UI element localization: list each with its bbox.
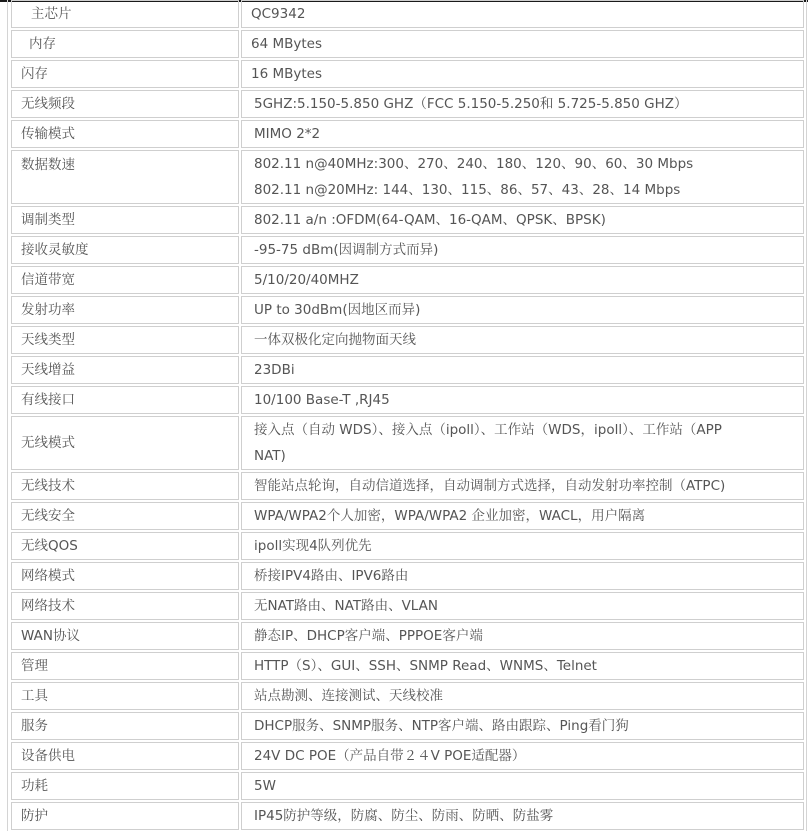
row-label: 主芯片 (11, 0, 239, 28)
row-value: 802.11 n@40MHz:300、270、240、180、120、90、60… (241, 150, 804, 204)
table-row: 功耗 5W (11, 772, 804, 800)
row-value: 站点勘测、连接测试、天线校准 (241, 682, 804, 710)
row-value: 24V DC POE（产品自带２４V POE适配器） (241, 742, 804, 770)
row-label: WAN协议 (11, 622, 239, 650)
row-value-line: 802.11 n@20MHz: 144、130、115、86、57、43、28、… (254, 177, 794, 203)
row-label: 信道带宽 (11, 266, 239, 294)
row-label: 调制类型 (11, 206, 239, 234)
table-row: 传输模式 MIMO 2*2 (11, 120, 804, 148)
row-label: 功耗 (11, 772, 239, 800)
table-row: WAN协议 静态IP、DHCP客户端、PPPOE客户端 (11, 622, 804, 650)
row-value-line: 接入点（自动 WDS）、接入点（ipoll）、工作站（WDS，ipoll）、工作… (254, 417, 794, 443)
table-row: 闪存 16 MBytes (11, 60, 804, 88)
table-row: 发射功率 UP to 30dBm(因地区而异) (11, 296, 804, 324)
row-value: 10/100 Base-T ,RJ45 (241, 386, 804, 414)
row-label: 发射功率 (11, 296, 239, 324)
row-label: 无线技术 (11, 472, 239, 500)
table-row: 无线安全 WPA/WPA2个人加密，WPA/WPA2 企业加密，WACL，用户隔… (11, 502, 804, 530)
row-value: -95-75 dBm(因调制方式而异) (241, 236, 804, 264)
row-value-line: NAT) (254, 443, 794, 469)
table-row: 有线接口 10/100 Base-T ,RJ45 (11, 386, 804, 414)
row-value: 5GHZ:5.150-5.850 GHZ（FCC 5.150-5.250和 5.… (241, 90, 804, 118)
table-row: 设备供电 24V DC POE（产品自带２４V POE适配器） (11, 742, 804, 770)
row-label: 网络技术 (11, 592, 239, 620)
row-value: IP45防护等级，防腐、防尘、防雨、防晒、防盐雾 (241, 802, 804, 830)
row-label: 闪存 (11, 60, 239, 88)
row-value: 5/10/20/40MHZ (241, 266, 804, 294)
row-value: 静态IP、DHCP客户端、PPPOE客户端 (241, 622, 804, 650)
row-label: 无线安全 (11, 502, 239, 530)
row-value: HTTP（S）、GUI、SSH、SNMP Read、WNMS、Telnet (241, 652, 804, 680)
row-value: 智能站点轮询，自动信道选择，自动调制方式选择，自动发射功率控制（ATPC) (241, 472, 804, 500)
row-value-line: 802.11 n@40MHz:300、270、240、180、120、90、60… (254, 151, 794, 177)
table-row: 网络技术 无NAT路由、NAT路由、VLAN (11, 592, 804, 620)
row-value: 无NAT路由、NAT路由、VLAN (241, 592, 804, 620)
row-value: 接入点（自动 WDS）、接入点（ipoll）、工作站（WDS，ipoll）、工作… (241, 416, 804, 470)
row-label: 接收灵敏度 (11, 236, 239, 264)
row-label: 服务 (11, 712, 239, 740)
table-row: 无线模式 接入点（自动 WDS）、接入点（ipoll）、工作站（WDS，ipol… (11, 416, 804, 470)
row-value: 802.11 a/n :OFDM(64-QAM、16-QAM、QPSK、BPSK… (241, 206, 804, 234)
table-row: 服务 DHCP服务、SNMP服务、NTP客户端、路由跟踪、Ping看门狗 (11, 712, 804, 740)
table-row: 天线类型 一体双极化定向抛物面天线 (11, 326, 804, 354)
table-row: 接收灵敏度 -95-75 dBm(因调制方式而异) (11, 236, 804, 264)
row-label: 防护 (11, 802, 239, 830)
row-label: 天线类型 (11, 326, 239, 354)
row-value: QC9342 (241, 0, 804, 28)
table-row: 管理 HTTP（S）、GUI、SSH、SNMP Read、WNMS、Telnet (11, 652, 804, 680)
row-value: 一体双极化定向抛物面天线 (241, 326, 804, 354)
row-label: 工具 (11, 682, 239, 710)
table-row: 工具 站点勘测、连接测试、天线校准 (11, 682, 804, 710)
table-row: 主芯片 QC9342 (11, 0, 804, 28)
table-row: 无线频段 5GHZ:5.150-5.850 GHZ（FCC 5.150-5.25… (11, 90, 804, 118)
table-row: 调制类型 802.11 a/n :OFDM(64-QAM、16-QAM、QPSK… (11, 206, 804, 234)
row-label: 无线频段 (11, 90, 239, 118)
table-row: 信道带宽 5/10/20/40MHZ (11, 266, 804, 294)
row-value: DHCP服务、SNMP服务、NTP客户端、路由跟踪、Ping看门狗 (241, 712, 804, 740)
row-value: 23DBi (241, 356, 804, 384)
row-value: 16 MBytes (241, 60, 804, 88)
table-row: 防护 IP45防护等级，防腐、防尘、防雨、防晒、防盐雾 (11, 802, 804, 830)
table-row: 网络模式 桥接IPV4路由、IPV6路由 (11, 562, 804, 590)
spec-table: 主芯片 QC9342 内存 64 MBytes 闪存 16 MBytes 无线频… (9, 0, 806, 831)
table-row: 内存 64 MBytes (11, 30, 804, 58)
row-label: 管理 (11, 652, 239, 680)
table-row: 无线技术 智能站点轮询，自动信道选择，自动调制方式选择，自动发射功率控制（ATP… (11, 472, 804, 500)
row-label: 无线QOS (11, 532, 239, 560)
row-value: 64 MBytes (241, 30, 804, 58)
table-row: 数据数速 802.11 n@40MHz:300、270、240、180、120、… (11, 150, 804, 204)
row-value: 桥接IPV4路由、IPV6路由 (241, 562, 804, 590)
row-label: 网络模式 (11, 562, 239, 590)
row-label: 天线增益 (11, 356, 239, 384)
row-value: WPA/WPA2个人加密，WPA/WPA2 企业加密，WACL，用户隔离 (241, 502, 804, 530)
row-label: 传输模式 (11, 120, 239, 148)
row-label: 内存 (11, 30, 239, 58)
row-label: 有线接口 (11, 386, 239, 414)
table-row: 无线QOS ipoll实现4队列优先 (11, 532, 804, 560)
row-value: ipoll实现4队列优先 (241, 532, 804, 560)
row-value: UP to 30dBm(因地区而异) (241, 296, 804, 324)
row-label: 设备供电 (11, 742, 239, 770)
table-row: 天线增益 23DBi (11, 356, 804, 384)
row-label: 数据数速 (11, 150, 239, 204)
row-label: 无线模式 (11, 416, 239, 470)
row-value: MIMO 2*2 (241, 120, 804, 148)
row-value: 5W (241, 772, 804, 800)
